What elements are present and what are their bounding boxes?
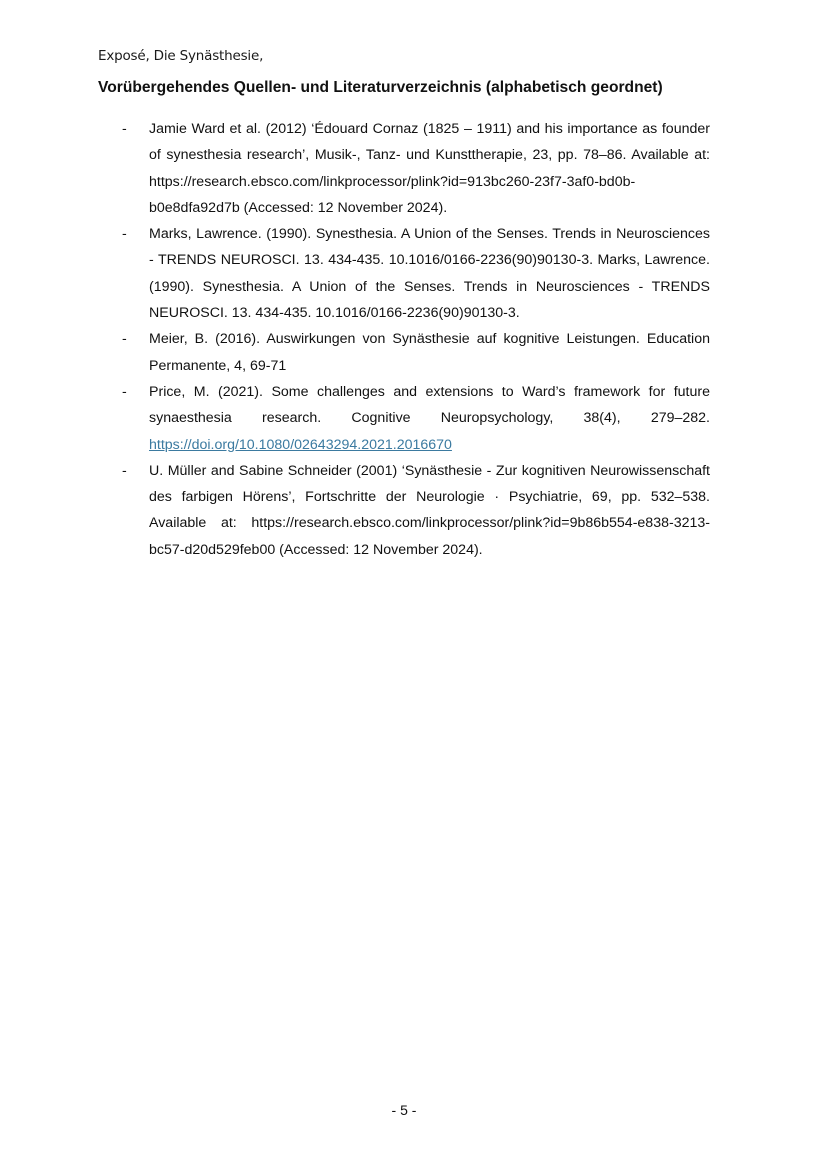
reference-item: - Marks, Lawrence. (1990). Synesthesia. … <box>122 221 710 326</box>
bullet-dash: - <box>122 326 127 352</box>
reference-text: Jamie Ward et al. (2012) ‘Édouard Cornaz… <box>149 116 710 221</box>
bullet-dash: - <box>122 379 127 405</box>
bullet-dash: - <box>122 458 127 484</box>
reference-text: Meier, B. (2016). Auswirkungen von Synäs… <box>149 326 710 379</box>
bullet-dash: - <box>122 116 127 142</box>
reference-text: U. Müller and Sabine Schneider (2001) ‘S… <box>149 458 710 563</box>
running-header: Exposé, Die Synästhesie, <box>98 48 263 64</box>
reference-item: - Price, M. (2021). Some challenges and … <box>122 379 710 458</box>
reference-item: - U. Müller and Sabine Schneider (2001) … <box>122 458 710 563</box>
reference-text-with-link: Price, M. (2021). Some challenges and ex… <box>149 379 710 458</box>
reference-text: Price, M. (2021). Some challenges and ex… <box>149 384 710 426</box>
doi-link[interactable]: https://doi.org/10.1080/02643294.2021.20… <box>149 437 452 453</box>
reference-item: - Jamie Ward et al. (2012) ‘Édouard Corn… <box>122 116 710 221</box>
document-page: Exposé, Die Synästhesie, Vorübergehendes… <box>0 0 828 1171</box>
reference-text: Marks, Lawrence. (1990). Synesthesia. A … <box>149 221 710 326</box>
page-number: - 5 - <box>0 1102 808 1118</box>
reference-item: - Meier, B. (2016). Auswirkungen von Syn… <box>122 326 710 379</box>
bullet-dash: - <box>122 221 127 247</box>
reference-list: - Jamie Ward et al. (2012) ‘Édouard Corn… <box>122 116 710 563</box>
page-title: Vorübergehendes Quellen- und Literaturve… <box>98 79 663 97</box>
